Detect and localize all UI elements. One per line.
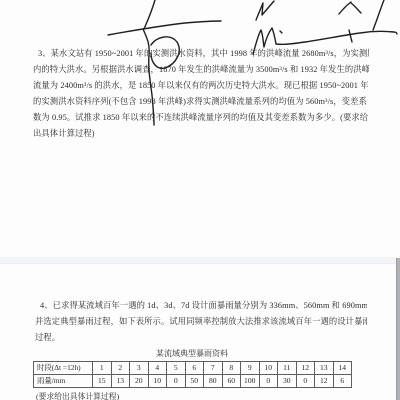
problem-4-line: 过程。: [35, 330, 367, 346]
row-label-rainfall: 雨量/mm: [34, 375, 93, 388]
ink-stroke-right-zigzag: [256, 1, 274, 20]
problem-4-line: 并选定典型暴雨过程，如下表所示。试用同频率控制放大法推求该流域百年一遇的设计暴雨: [35, 314, 367, 330]
problem-3-line: 数为 0.95。试推求 1850 年以来的不连续洪峰流量序列的均值及其变差系数为…: [33, 110, 369, 126]
ink-stroke-tick: [349, 30, 352, 42]
table-row-periods: 时段(Δt =12h) 1 2 3 4 5 6 7 8 9 10 11 12 1…: [34, 362, 352, 375]
table-cell: 80: [204, 375, 223, 388]
table-cell: 4: [148, 362, 167, 375]
table-cell: 6: [333, 375, 352, 388]
ink-stroke-left-horizontal: [108, 21, 221, 35]
table-cell: 9: [241, 362, 260, 375]
problem-3-paragraph: 3、某水文站有 1950~2001 年的实测洪水资料，其中 1998 年的洪峰流…: [33, 46, 369, 142]
table-cell: 12: [315, 375, 334, 388]
table-cell: 13: [315, 362, 334, 375]
table-cell: 5: [167, 362, 186, 375]
scrollbar-thumb[interactable]: [396, 258, 400, 400]
rainfall-table: 时段(Δt =12h) 1 2 3 4 5 6 7 8 9 10 11 12 1…: [33, 361, 352, 388]
table-cell: 7: [204, 362, 223, 375]
table-cell: 1: [93, 362, 112, 375]
problem-3-line: 流量为 2400m³/s 的洪水，是 1850 年以来仅有的两次历史特大洪水。现…: [33, 78, 369, 94]
table-title: 某流域典型暴雨资料: [33, 348, 351, 360]
problem-4-paragraph: 4、已求得某流域百年一遇的 1d、3d、7d 设计面暴雨量分别为 336mm、5…: [35, 298, 367, 346]
table-cell: 30: [278, 375, 297, 388]
table-cell: 0: [296, 375, 315, 388]
document-page: 3、某水文站有 1950~2001 年的实测洪水资料，其中 1998 年的洪峰流…: [0, 0, 400, 400]
table-cell: 0: [167, 375, 186, 388]
table-cell: 11: [278, 362, 297, 375]
problem-3-line: 出具体计算过程): [33, 126, 369, 142]
problem-3-line: 3、某水文站有 1950~2001 年的实测洪水资料，其中 1998 年的洪峰流…: [33, 46, 369, 62]
table-cell: 10: [148, 375, 167, 388]
ink-stroke-caret-left: [339, 2, 351, 14]
table-row-rainfall: 雨量/mm 15 13 20 10 0 50 80 60 100 0 30 0 …: [34, 375, 352, 388]
page-gap-divider: [0, 257, 400, 264]
table-cell: 2: [111, 362, 130, 375]
table-cell: 100: [241, 375, 260, 388]
table-cell: 13: [111, 375, 130, 388]
table-cell: 12: [296, 362, 315, 375]
table-cell: 60: [222, 375, 241, 388]
table-cell: 3: [130, 362, 149, 375]
row-label-period: 时段(Δt =12h): [34, 362, 93, 375]
table-cell: 10: [259, 362, 278, 375]
problem-3-line: 的实测洪水资料序列(不包含 1998 年洪峰)求得实测洪峰流量系列的均值为 56…: [33, 94, 369, 110]
ink-stroke-caret-right: [351, 3, 361, 13]
table-cell: 8: [222, 362, 241, 375]
ink-stroke-dot: [280, 31, 282, 33]
table-cell: 50: [185, 375, 204, 388]
table-cell: 20: [130, 375, 149, 388]
problem-4-line: 4、已求得某流域百年一遇的 1d、3d、7d 设计面暴雨量分别为 336mm、5…: [35, 298, 367, 314]
table-cell: 14: [333, 362, 352, 375]
table-cell: 0: [259, 375, 278, 388]
table-cell: 15: [93, 375, 112, 388]
ink-stroke-left-slant: [144, 0, 155, 29]
footnote-text: (要求给出具体计算过程): [36, 391, 119, 400]
table-cell: 6: [185, 362, 204, 375]
ink-stroke-tail: [373, 0, 384, 30]
problem-3-line: 内的特大洪水。另根据洪水调查，1870 年发生的洪峰流量为 3500m³/s 和…: [33, 62, 369, 78]
